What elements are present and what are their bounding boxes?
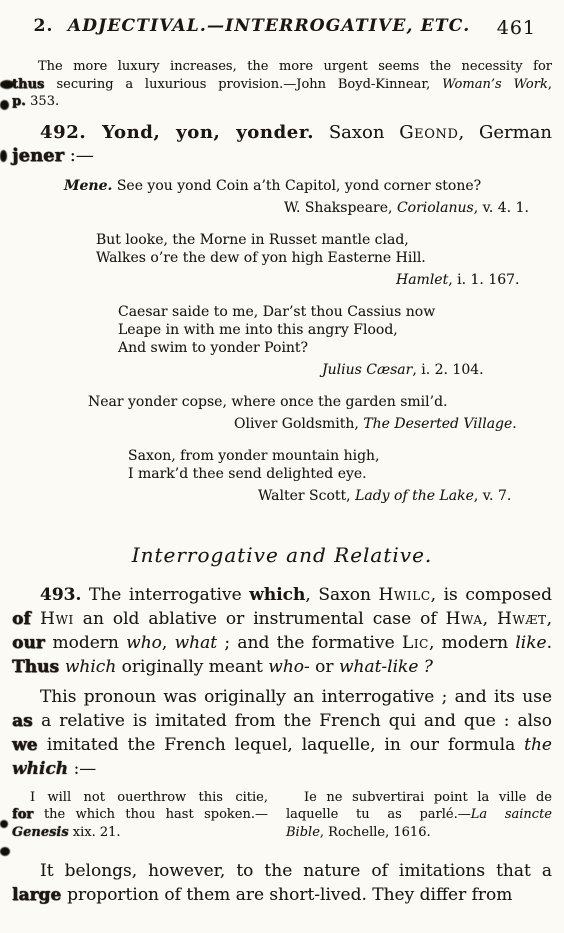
ink-smudge xyxy=(0,150,7,162)
running-header: 2. ADJECTIVAL.—INTERROGATIVE, ETC. 461 xyxy=(12,16,552,36)
attribution-hamlet: Hamlet, i. 1. 167. xyxy=(396,271,552,289)
quote-genesis-english: I will not ouerthrow this citie,for the … xyxy=(12,789,282,842)
quote-deserted-village: Near yonder copse, where once the garden… xyxy=(88,393,552,411)
section-number: 2. xyxy=(34,16,54,36)
page-number: 461 xyxy=(497,17,536,39)
quote-genesis-french: Ie ne subvertirai point la ville delaque… xyxy=(282,789,552,842)
parallel-quotes: I will not ouerthrow this citie,for the … xyxy=(12,789,552,842)
ink-smudge xyxy=(0,100,9,110)
quote-coriolanus: Mene. See you yond Coin a’th Capitol, yo… xyxy=(64,177,552,195)
section-493-paragraph: 493. The interrogative which, Saxon Hwil… xyxy=(12,583,552,679)
attribution-coriolanus: W. Shakspeare, Coriolanus, v. 4. 1. xyxy=(284,199,552,217)
quote-lady-of-the-lake: Saxon, from yonder mountain high,I mark’… xyxy=(128,447,552,483)
ink-smudge xyxy=(0,820,8,828)
book-page: 2. ADJECTIVAL.—INTERROGATIVE, ETC. 461 T… xyxy=(0,0,564,933)
closing-paragraph: It belongs, however, to the nature of im… xyxy=(12,859,552,907)
ink-smudge xyxy=(0,847,10,856)
ink-smudge xyxy=(0,80,14,89)
header-title: ADJECTIVAL.—INTERROGATIVE, ETC. xyxy=(68,16,470,36)
quote-julius-caesar: Caesar saide to me, Dar’st thou Cassius … xyxy=(118,303,552,357)
attribution-goldsmith: Oliver Goldsmith, The Deserted Village. xyxy=(234,415,552,433)
section-492-heading: 492. Yond, yon, yonder. Saxon Geond, Ger… xyxy=(12,121,552,167)
subheading-interrogative-and-relative: Interrogative and Relative. xyxy=(12,543,552,567)
attribution-walter-scott: Walter Scott, Lady of the Lake, v. 7. xyxy=(258,487,552,505)
running-header-center: 2. ADJECTIVAL.—INTERROGATIVE, ETC. xyxy=(12,16,552,36)
intro-citation: The more luxury increases, the more urge… xyxy=(12,58,552,111)
pronoun-origin-paragraph: This pronoun was originally an interroga… xyxy=(12,685,552,781)
attribution-julius-caesar: Julius Cæsar, i. 2. 104. xyxy=(322,361,552,379)
quote-hamlet: But looke, the Morne in Russet mantle cl… xyxy=(96,231,552,267)
